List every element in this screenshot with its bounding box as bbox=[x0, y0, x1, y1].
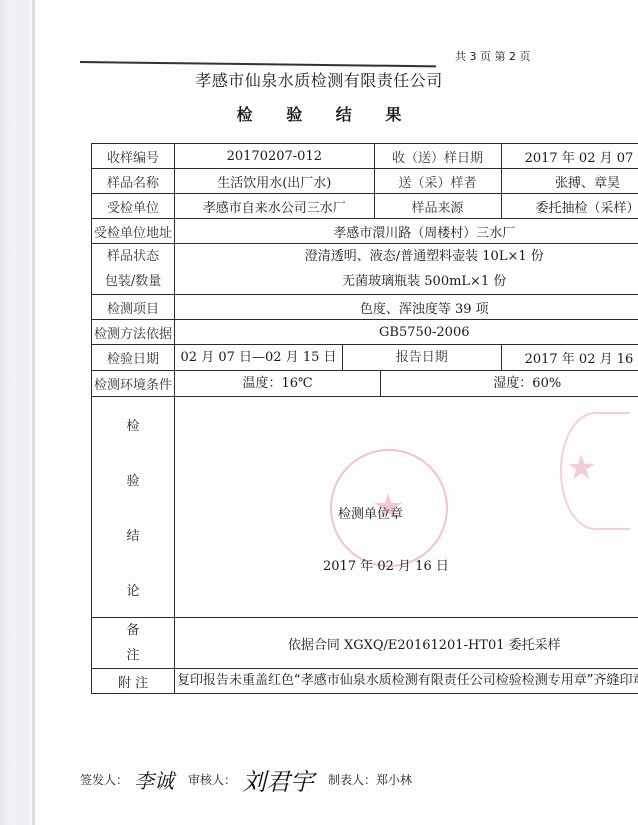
method-value: GB5750-2006 bbox=[175, 320, 638, 345]
humidity-value: 湿度：60% bbox=[381, 371, 638, 396]
sample-no-value: 20170207-012 bbox=[175, 144, 375, 169]
table-row: 样品状态 包装/数量 澄清透明、液态/普通塑料壶装 10L×1 份 无菌玻璃瓶装… bbox=[92, 244, 638, 295]
preparer-name: 郑小林 bbox=[376, 771, 412, 788]
star-icon: ★ bbox=[566, 448, 596, 488]
sample-state-value: 澄清透明、液态/普通塑料壶装 10L×1 份 bbox=[177, 244, 638, 269]
client-label: 受检单位 bbox=[92, 194, 175, 219]
company-name: 孝感市仙泉水质检测有限责任公司 bbox=[0, 68, 638, 91]
client-value: 孝感市自来水公司三水厂 bbox=[175, 194, 375, 219]
header-rule bbox=[80, 61, 436, 67]
signature-row: 签发人： 李诚 审核人： 刘君宇 制表人： 郑小林 bbox=[80, 762, 412, 797]
page-indicator: 共 3 页 第 2 页 bbox=[455, 48, 530, 64]
document-title: 检 验 结 果 bbox=[0, 102, 638, 125]
conclusion-label-char: 验 bbox=[127, 470, 140, 489]
sample-name-label: 样品名称 bbox=[92, 169, 175, 194]
table-row: 受检单位地址 孝感市澴川路（周楼村）三水厂 bbox=[92, 219, 638, 244]
remarks-label-char: 注 bbox=[94, 643, 172, 668]
test-items-value: 色度、浑浊度等 39 项 bbox=[175, 295, 638, 320]
reviewer-label: 审核人： bbox=[188, 771, 236, 788]
notes-value: 复印报告未重盖红色“孝感市仙泉水质检测有限责任公司检验检测专用章”齐缝印章无效 bbox=[175, 669, 638, 694]
sampler-value: 张搏、章昊 bbox=[501, 169, 638, 194]
table-row: 附 注 复印报告未重盖红色“孝感市仙泉水质检测有限责任公司检验检测专用章”齐缝印… bbox=[92, 669, 638, 694]
packaging-label: 包装/数量 bbox=[94, 269, 172, 294]
remarks-label-cell: 备 注 bbox=[92, 618, 175, 669]
sample-no-label: 收样编号 bbox=[92, 144, 175, 169]
preparer-label: 制表人： bbox=[328, 771, 376, 788]
table-row: 检验日期 02 月 07 日—02 月 15 日 报告日期 2017 年 02 … bbox=[92, 345, 638, 371]
sample-state-label-cell: 样品状态 包装/数量 bbox=[92, 244, 175, 295]
report-date-value: 2017 年 02 月 16 日 bbox=[501, 345, 638, 371]
table-row: 检测环境条件 温度：16℃ 湿度：60% bbox=[92, 371, 638, 397]
temperature-value: 温度：16℃ bbox=[175, 371, 381, 396]
report-date-label: 报告日期 bbox=[343, 345, 501, 370]
table-row: 收样编号 20170207-012 收（送）样日期 2017 年 02 月 07… bbox=[92, 144, 638, 169]
seal-caption: 检测单位章 bbox=[338, 503, 403, 522]
notes-label: 附 注 bbox=[92, 669, 175, 694]
reviewer-signature: 刘君宇 bbox=[242, 762, 314, 797]
environment-label: 检测环境条件 bbox=[92, 371, 175, 397]
conclusion-label-char: 论 bbox=[127, 580, 140, 599]
sample-source-value: 委托抽检（采样） bbox=[501, 194, 638, 219]
issuer-signature: 李诚 bbox=[134, 765, 174, 794]
sample-state-value-cell: 澄清透明、液态/普通塑料壶装 10L×1 份 无菌玻璃瓶装 500mL×1 份 bbox=[175, 244, 638, 295]
sampler-label: 送（采）样者 bbox=[374, 169, 501, 194]
test-items-label: 检测项目 bbox=[92, 295, 175, 320]
packaging-value: 无菌玻璃瓶装 500mL×1 份 bbox=[177, 269, 638, 294]
client-address-label: 受检单位地址 bbox=[92, 219, 175, 244]
test-date-label: 检验日期 bbox=[92, 345, 175, 371]
client-address-value: 孝感市澴川路（周楼村）三水厂 bbox=[175, 219, 638, 244]
conclusion-label-cell: 检 验 结 论 bbox=[92, 397, 175, 618]
seal-date: 2017 年 02 月 16 日 bbox=[323, 555, 449, 574]
issuer-label: 签发人： bbox=[80, 771, 128, 788]
receive-date-value: 2017 年 02 月 07 日 bbox=[501, 144, 638, 169]
remarks-label-char: 备 bbox=[94, 618, 172, 643]
environment-split-cell: 温度：16℃ 湿度：60% bbox=[175, 371, 638, 397]
table-row: 受检单位 孝感市自来水公司三水厂 样品来源 委托抽检（采样） bbox=[92, 194, 638, 219]
report-table: 收样编号 20170207-012 收（送）样日期 2017 年 02 月 07… bbox=[91, 143, 638, 694]
table-row: 检测方法依据 GB5750-2006 bbox=[92, 320, 638, 345]
sample-state-label: 样品状态 bbox=[94, 244, 172, 269]
sample-name-value: 生活饮用水(出厂水) bbox=[175, 169, 375, 194]
table-row: 检 验 结 论 ★ 检测单位章 2017 年 02 月 16 日 bbox=[92, 397, 638, 618]
test-date-split-cell: 02 月 07 日—02 月 15 日 报告日期 bbox=[175, 345, 502, 371]
remarks-value: 依据合同 XGXQ/E20161201-HT01 委托采样 bbox=[175, 618, 638, 669]
table-row: 备 注 依据合同 XGXQ/E20161201-HT01 委托采样 bbox=[92, 618, 638, 669]
test-date-value: 02 月 07 日—02 月 15 日 bbox=[175, 345, 343, 370]
receive-date-label: 收（送）样日期 bbox=[374, 144, 501, 169]
conclusion-label-char: 结 bbox=[127, 525, 140, 544]
conclusion-label-char: 检 bbox=[127, 415, 140, 434]
method-label: 检测方法依据 bbox=[92, 320, 175, 345]
sample-source-label: 样品来源 bbox=[374, 194, 501, 219]
table-row: 检测项目 色度、浑浊度等 39 项 bbox=[92, 295, 638, 320]
table-row: 样品名称 生活饮用水(出厂水) 送（采）样者 张搏、章昊 bbox=[92, 169, 638, 194]
